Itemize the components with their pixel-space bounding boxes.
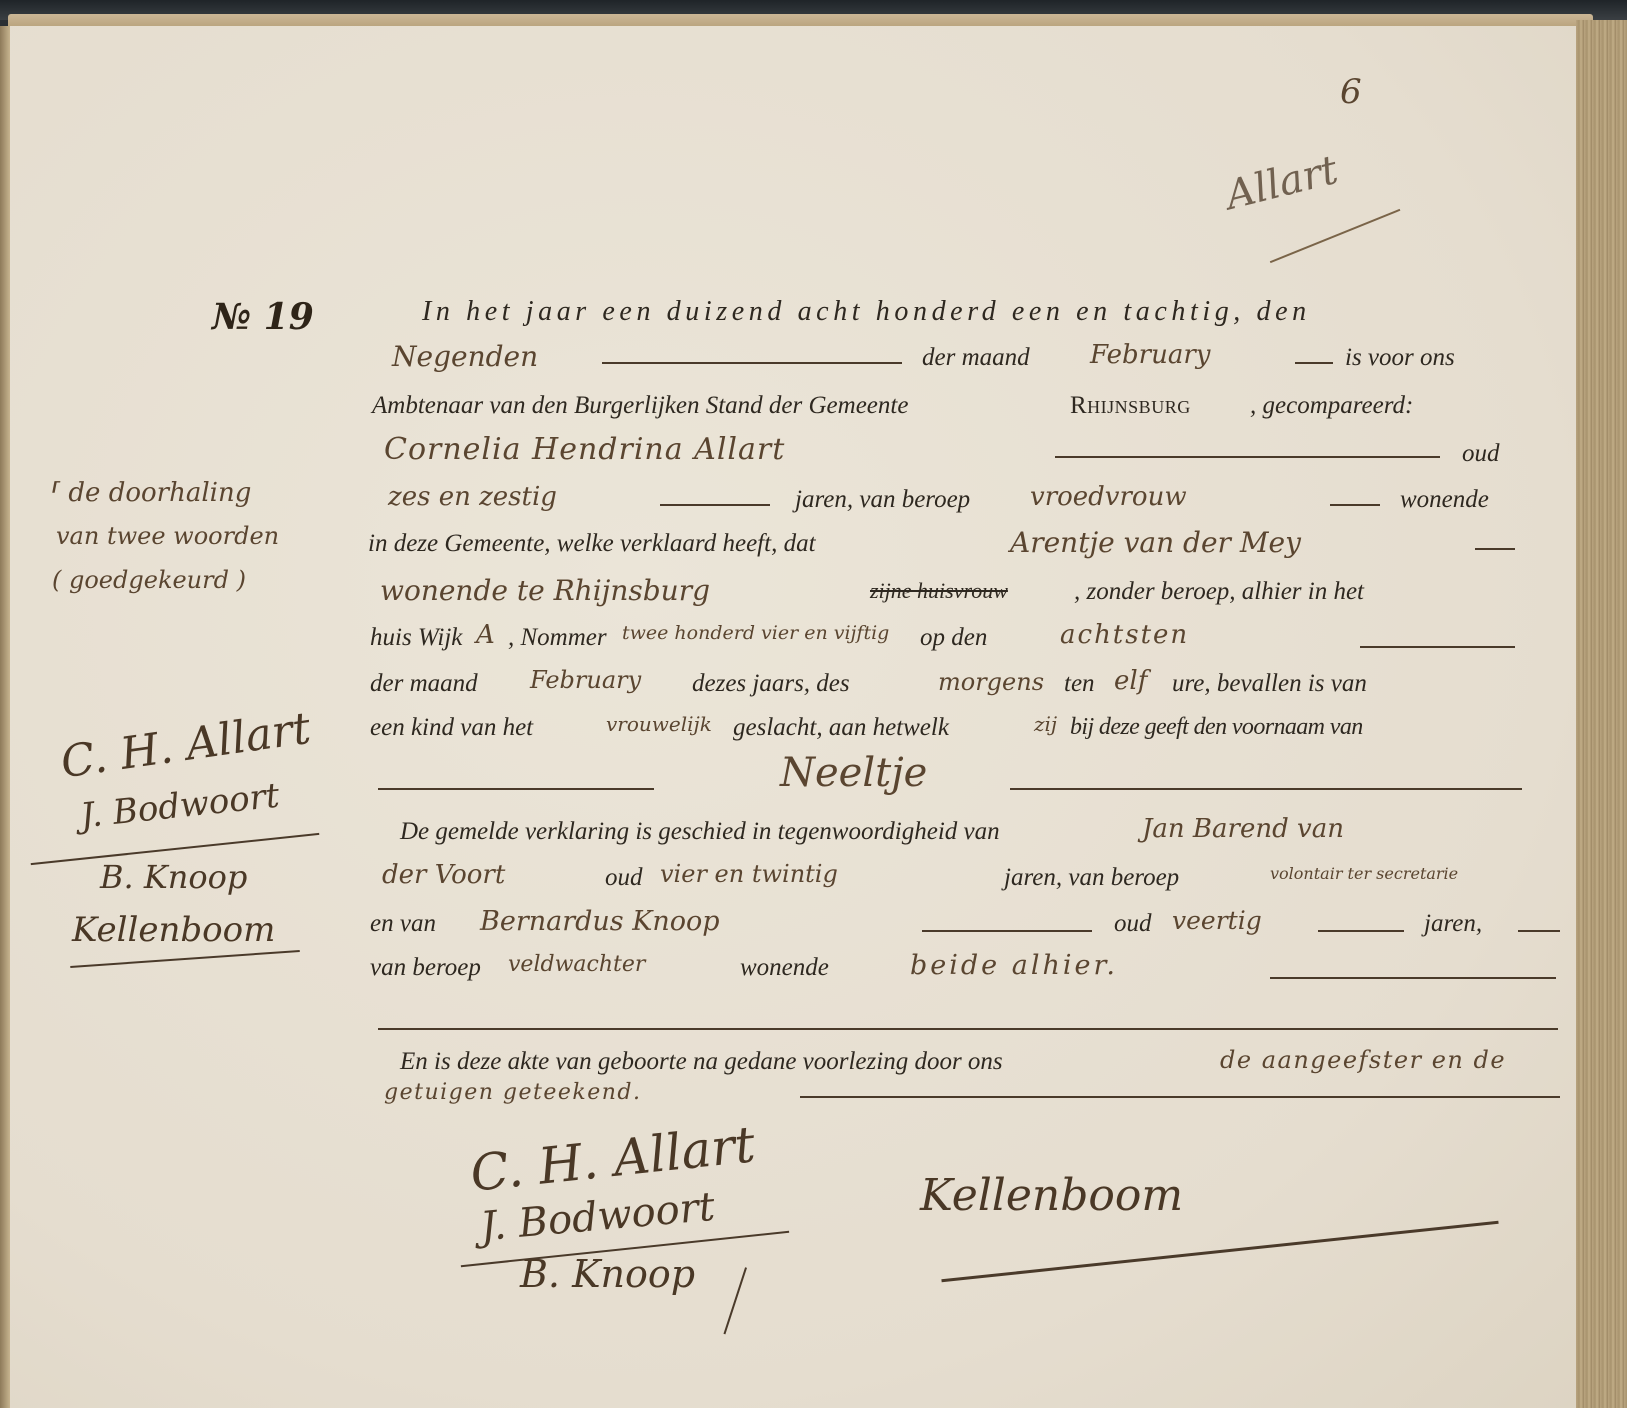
section-separator <box>378 1028 1558 1030</box>
line9-printed-c: ten <box>1064 670 1095 698</box>
witness2-age: veertig <box>1172 906 1262 935</box>
line13-printed-b: jaren, van beroep <box>1004 864 1179 892</box>
line2-printed-a: der maand <box>922 344 1030 372</box>
municipality: Rhijnsburg <box>1070 392 1191 420</box>
line16-printed: En is deze akte van geboorte na gedane v… <box>400 1048 1003 1076</box>
margin-signature-knoop: B. Knoop <box>100 858 247 896</box>
declarant-name: Cornelia Hendrina Allart <box>384 432 785 467</box>
line14-printed-c: jaren, <box>1424 910 1482 938</box>
line1-printed: In het jaar een duizend acht honderd een… <box>422 296 1311 328</box>
witnesses-residence: beide alhier. <box>910 950 1118 981</box>
record-number: № 19 <box>212 296 314 338</box>
line14-fill-b <box>1318 930 1404 932</box>
signers-a: de aangeefster en de <box>1220 1046 1506 1074</box>
wijk-letter: A <box>476 620 495 650</box>
time-of-day: morgens <box>938 668 1044 696</box>
line8-printed-a: huis Wijk <box>370 624 462 652</box>
line3-printed-a: Ambtenaar van den Burgerlijken Stand der… <box>372 392 908 420</box>
witness1-age: vier en twintig <box>660 860 838 888</box>
line15-fill <box>1270 977 1556 979</box>
line14-fill-a <box>922 930 1092 932</box>
line2-fill-b <box>1295 362 1333 364</box>
margin-note-line-3: ( goedgekeurd ) <box>52 566 246 594</box>
signers-b: getuigen geteekend. <box>384 1080 642 1105</box>
line8-printed-c: op den <box>920 624 987 652</box>
line2-day: Negenden <box>392 340 538 373</box>
bottom-signature-knoop: B. Knoop <box>520 1252 695 1296</box>
line2-month: February <box>1090 340 1210 370</box>
line5-printed-b: wonende <box>1400 486 1489 514</box>
birth-month: February <box>530 666 641 694</box>
line2-fill <box>602 362 902 364</box>
mother-name: Arentje van der Mey <box>1010 526 1301 559</box>
line6-fill <box>1475 548 1515 550</box>
witness2-occupation: veldwachter <box>508 952 645 977</box>
line11-fill-a <box>378 788 654 790</box>
line11-fill-b <box>1010 788 1522 790</box>
pronoun: zij <box>1034 712 1057 736</box>
line2-printed-b: is voor ons <box>1345 344 1455 372</box>
margin-signature-kellenboom: Kellenboom <box>72 910 275 950</box>
line10-printed-b: geslacht, aan hetwelk <box>733 714 949 742</box>
witness1-name-b: der Voort <box>382 860 505 890</box>
line14-printed-b: oud <box>1114 910 1152 938</box>
line9-printed-b: dezes jaars, des <box>692 670 850 698</box>
declarant-age: zes en zestig <box>388 482 557 512</box>
line12-printed: De gemelde verklaring is geschied in teg… <box>400 818 1000 846</box>
child-name: Neeltje <box>780 750 927 796</box>
margin-note-line-2: van twee woorden <box>56 522 279 550</box>
line10-printed-c: bij deze geeft den voornaam van <box>1070 714 1363 741</box>
line15-printed-b: wonende <box>740 954 829 982</box>
struck-text: zijne huisvrouw <box>870 578 1008 604</box>
birth-day: achtsten <box>1060 620 1189 650</box>
witness1-occupation: volontair ter secretarie <box>1270 864 1458 883</box>
witness2-name: Bernardus Knoop <box>480 906 720 937</box>
margin-note-line-1: ⸢ de doorhaling <box>50 478 251 508</box>
bottom-signature-kellenboom: Kellenboom <box>920 1170 1183 1221</box>
line4-fill <box>1055 456 1440 458</box>
line3-printed-b: , gecompareerd: <box>1250 392 1413 420</box>
line8-printed-b: , Nommer <box>508 624 607 652</box>
page-fore-edge <box>1576 20 1627 1408</box>
line14-fill-c <box>1518 930 1560 932</box>
line5-fill <box>660 504 770 506</box>
line13-printed-a: oud <box>605 864 643 892</box>
line17-fill <box>800 1096 1560 1098</box>
child-sex: vrouwelijk <box>606 712 712 736</box>
mother-residence: wonende te Rhijnsburg <box>380 574 710 607</box>
line10-printed-a: een kind van het <box>370 714 533 742</box>
witness1-name-a: Jan Barend van <box>1142 814 1344 844</box>
declarant-occupation: vroedvrouw <box>1030 482 1187 512</box>
line7-printed: , zonder beroep, alhier in het <box>1074 578 1364 606</box>
line9-printed-a: der maand <box>370 670 478 698</box>
line9-printed-d: ure, bevallen is van <box>1172 670 1367 698</box>
line5-fill-b <box>1330 504 1380 506</box>
house-number: twee honderd vier en vijftig <box>622 622 889 644</box>
line8-fill <box>1360 646 1515 648</box>
page-number: 6 <box>1340 72 1362 112</box>
line5-printed-a: jaren, van beroep <box>795 486 970 514</box>
book-gutter <box>0 26 10 1408</box>
line4-printed: oud <box>1462 440 1500 468</box>
line6-printed: in deze Gemeente, welke verklaard heeft,… <box>368 530 816 558</box>
birth-hour: elf <box>1114 666 1147 696</box>
line15-printed-a: van beroep <box>370 954 481 982</box>
line14-printed-a: en van <box>370 910 436 938</box>
